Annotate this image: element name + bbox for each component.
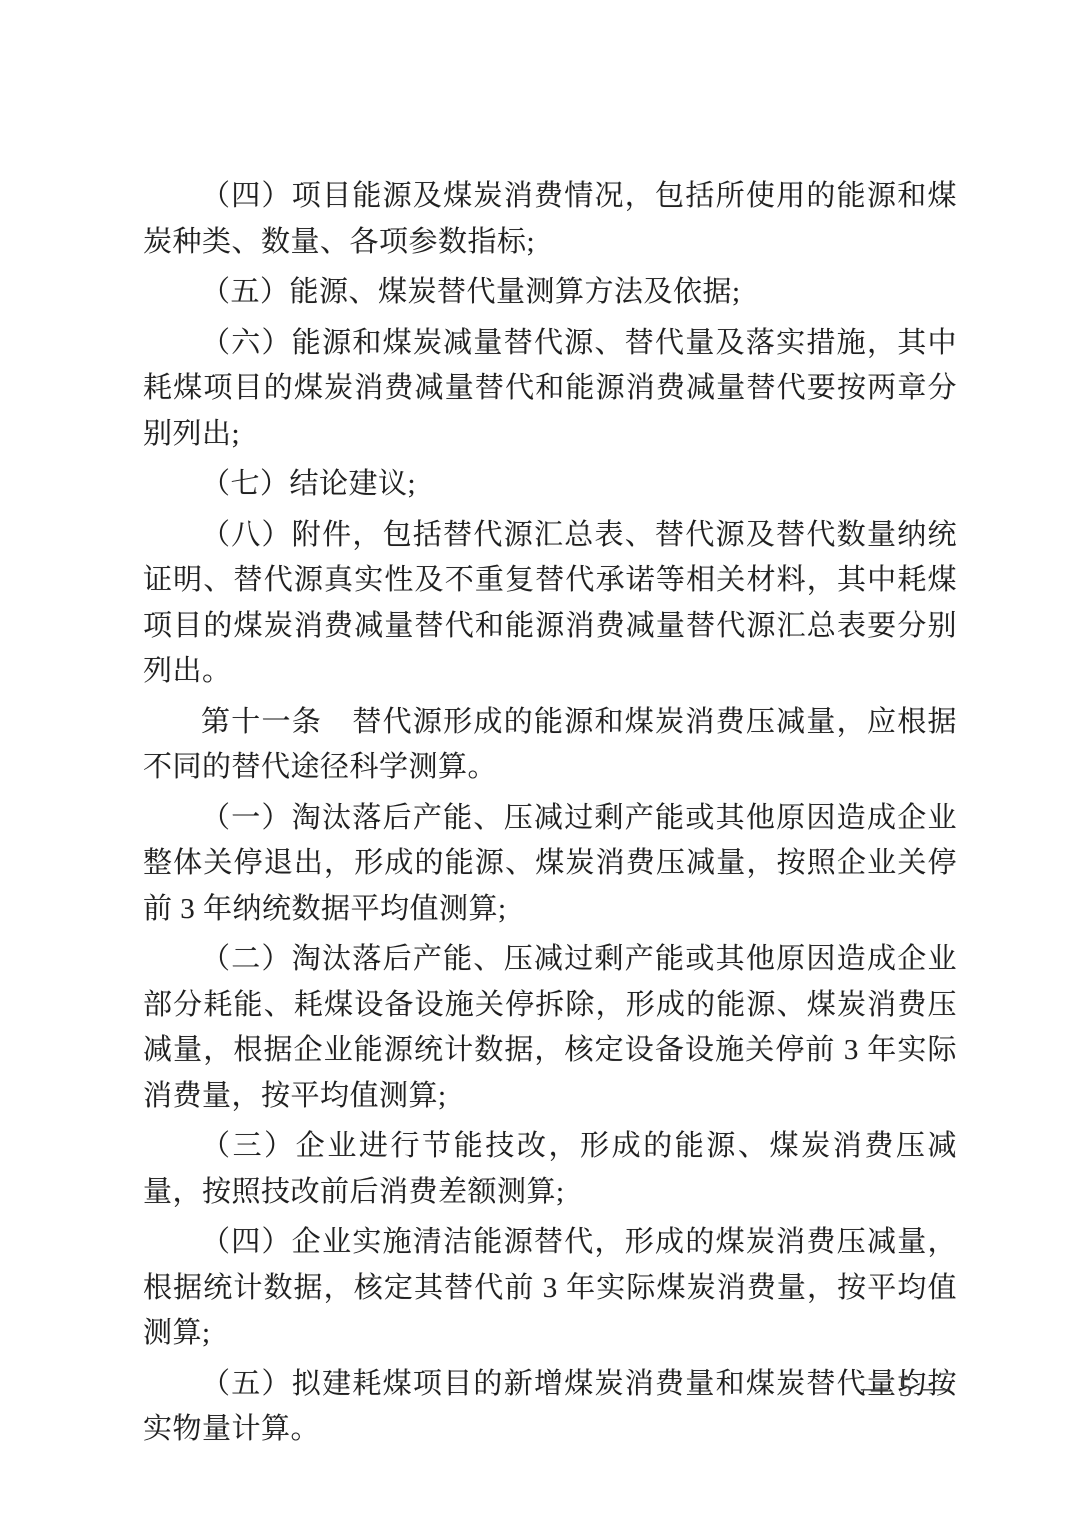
paragraph-clause-4: （四）企业实施清洁能源替代，形成的煤炭消费压减量，根据统计数据，核定其替代前 3…: [143, 1220, 957, 1357]
paragraph-item-8: （八）附件，包括替代源汇总表、替代源及替代数量纳统证明、替代源真实性及不重复替代…: [143, 513, 957, 695]
page-number: — 5 —: [861, 1372, 952, 1403]
paragraph-item-4: （四）项目能源及煤炭消费情况，包括所使用的能源和煤炭种类、数量、各项参数指标;: [143, 174, 957, 265]
paragraph-item-7: （七）结论建议;: [143, 462, 957, 508]
document-page: （四）项目能源及煤炭消费情况，包括所使用的能源和煤炭种类、数量、各项参数指标; …: [0, 0, 1080, 1527]
paragraph-item-5: （五）能源、煤炭替代量测算方法及依据;: [143, 270, 957, 316]
paragraph-clause-5: （五）拟建耗煤项目的新增煤炭消费量和煤炭替代量均按实物量计算。: [143, 1362, 957, 1453]
paragraph-clause-1: （一）淘汰落后产能、压减过剩产能或其他原因造成企业整体关停退出，形成的能源、煤炭…: [143, 796, 957, 933]
paragraph-item-6: （六）能源和煤炭减量替代源、替代量及落实措施，其中耗煤项目的煤炭消费减量替代和能…: [143, 321, 957, 458]
document-body: （四）项目能源及煤炭消费情况，包括所使用的能源和煤炭种类、数量、各项参数指标; …: [143, 174, 957, 1458]
paragraph-clause-2: （二）淘汰落后产能、压减过剩产能或其他原因造成企业部分耗能、耗煤设备设施关停拆除…: [143, 937, 957, 1119]
paragraph-article-11: 第十一条 替代源形成的能源和煤炭消费压减量，应根据不同的替代途径科学测算。: [143, 700, 957, 791]
paragraph-clause-3: （三）企业进行节能技改，形成的能源、煤炭消费压减量，按照技改前后消费差额测算;: [143, 1124, 957, 1215]
